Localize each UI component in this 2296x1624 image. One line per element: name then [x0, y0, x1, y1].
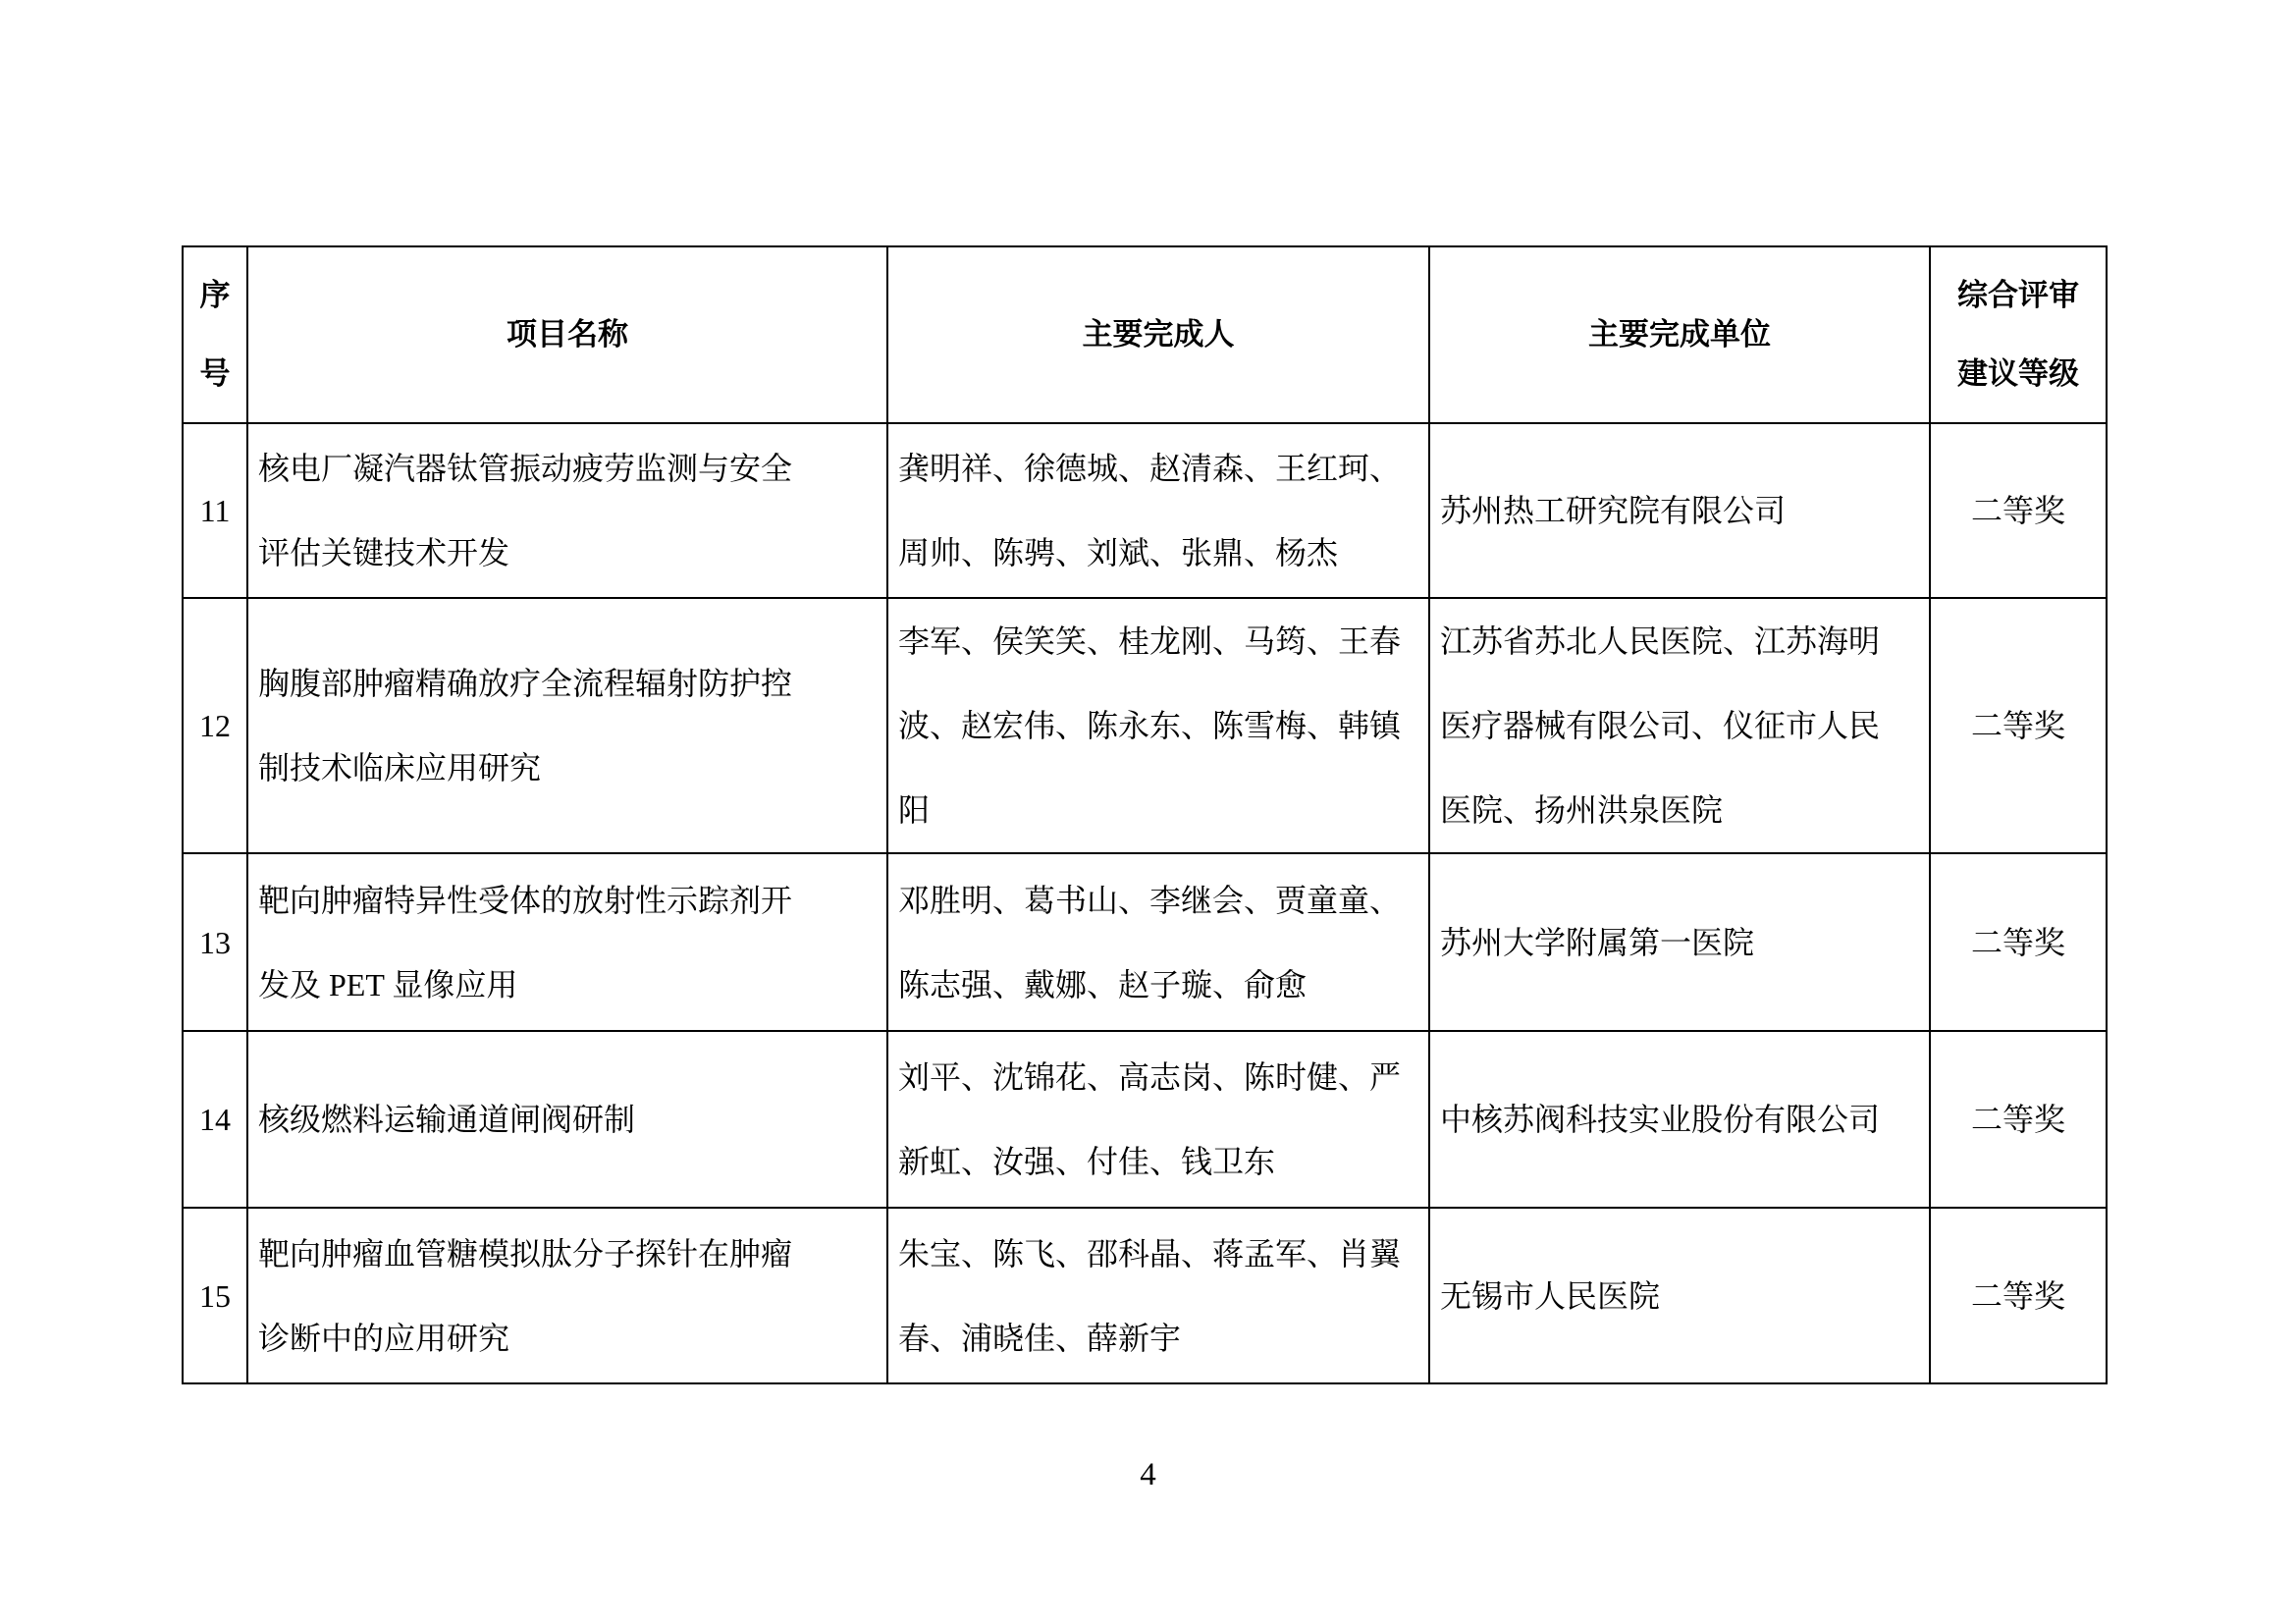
cell-units: 中核苏阀科技实业股份有限公司: [1429, 1031, 1930, 1208]
cell-units: 苏州大学附属第一医院: [1429, 853, 1930, 1031]
cell-project-name: 核级燃料运输通道闸阀研制: [247, 1031, 887, 1208]
cell-index: 14: [183, 1031, 247, 1208]
cell-units: 无锡市人民医院: [1429, 1208, 1930, 1383]
table-row: 12 胸腹部肿瘤精确放疗全流程辐射防护控 制技术临床应用研究 李军、侯笑笑、桂龙…: [183, 598, 2107, 853]
cell-grade: 二等奖: [1930, 1031, 2107, 1208]
page-number: 4: [0, 1457, 2296, 1492]
award-table: 序 号 项目名称 主要完成人 主要完成单位 综合评审 建议等级 11 核电厂凝汽…: [182, 245, 2108, 1384]
cell-grade: 二等奖: [1930, 853, 2107, 1031]
cell-project-name: 核电厂凝汽器钛管振动疲劳监测与安全 评估关键技术开发: [247, 423, 887, 598]
header-grade: 综合评审 建议等级: [1930, 246, 2107, 423]
document-page: 序 号 项目名称 主要完成人 主要完成单位 综合评审 建议等级 11 核电厂凝汽…: [0, 0, 2296, 1624]
header-project-name: 项目名称: [247, 246, 887, 423]
cell-contributors: 龚明祥、徐德城、赵清森、王红珂、 周帅、陈骋、刘斌、张鼎、杨杰: [887, 423, 1429, 598]
cell-grade: 二等奖: [1930, 598, 2107, 853]
header-units: 主要完成单位: [1429, 246, 1930, 423]
table-row: 15 靶向肿瘤血管糖模拟肽分子探针在肿瘤 诊断中的应用研究 朱宝、陈飞、邵科晶、…: [183, 1208, 2107, 1383]
cell-contributors: 李军、侯笑笑、桂龙刚、马筠、王春 波、赵宏伟、陈永东、陈雪梅、韩镇 阳: [887, 598, 1429, 853]
cell-contributors: 邓胜明、葛书山、李继会、贾童童、 陈志强、戴娜、赵子璇、俞愈: [887, 853, 1429, 1031]
cell-index: 12: [183, 598, 247, 853]
table-row: 13 靶向肿瘤特异性受体的放射性示踪剂开 发及 PET 显像应用 邓胜明、葛书山…: [183, 853, 2107, 1031]
cell-index: 13: [183, 853, 247, 1031]
header-index: 序 号: [183, 246, 247, 423]
cell-contributors: 刘平、沈锦花、高志岗、陈时健、严 新虹、汝强、付佳、钱卫东: [887, 1031, 1429, 1208]
table-row: 11 核电厂凝汽器钛管振动疲劳监测与安全 评估关键技术开发 龚明祥、徐德城、赵清…: [183, 423, 2107, 598]
cell-units: 苏州热工研究院有限公司: [1429, 423, 1930, 598]
cell-grade: 二等奖: [1930, 423, 2107, 598]
table-row: 14 核级燃料运输通道闸阀研制 刘平、沈锦花、高志岗、陈时健、严 新虹、汝强、付…: [183, 1031, 2107, 1208]
cell-contributors: 朱宝、陈飞、邵科晶、蒋孟军、肖翼 春、浦晓佳、薛新宇: [887, 1208, 1429, 1383]
table-header-row: 序 号 项目名称 主要完成人 主要完成单位 综合评审 建议等级: [183, 246, 2107, 423]
cell-project-name: 靶向肿瘤血管糖模拟肽分子探针在肿瘤 诊断中的应用研究: [247, 1208, 887, 1383]
cell-grade: 二等奖: [1930, 1208, 2107, 1383]
cell-project-name: 胸腹部肿瘤精确放疗全流程辐射防护控 制技术临床应用研究: [247, 598, 887, 853]
cell-index: 11: [183, 423, 247, 598]
cell-index: 15: [183, 1208, 247, 1383]
header-contributors: 主要完成人: [887, 246, 1429, 423]
cell-units: 江苏省苏北人民医院、江苏海明 医疗器械有限公司、仪征市人民 医院、扬州洪泉医院: [1429, 598, 1930, 853]
cell-project-name: 靶向肿瘤特异性受体的放射性示踪剂开 发及 PET 显像应用: [247, 853, 887, 1031]
